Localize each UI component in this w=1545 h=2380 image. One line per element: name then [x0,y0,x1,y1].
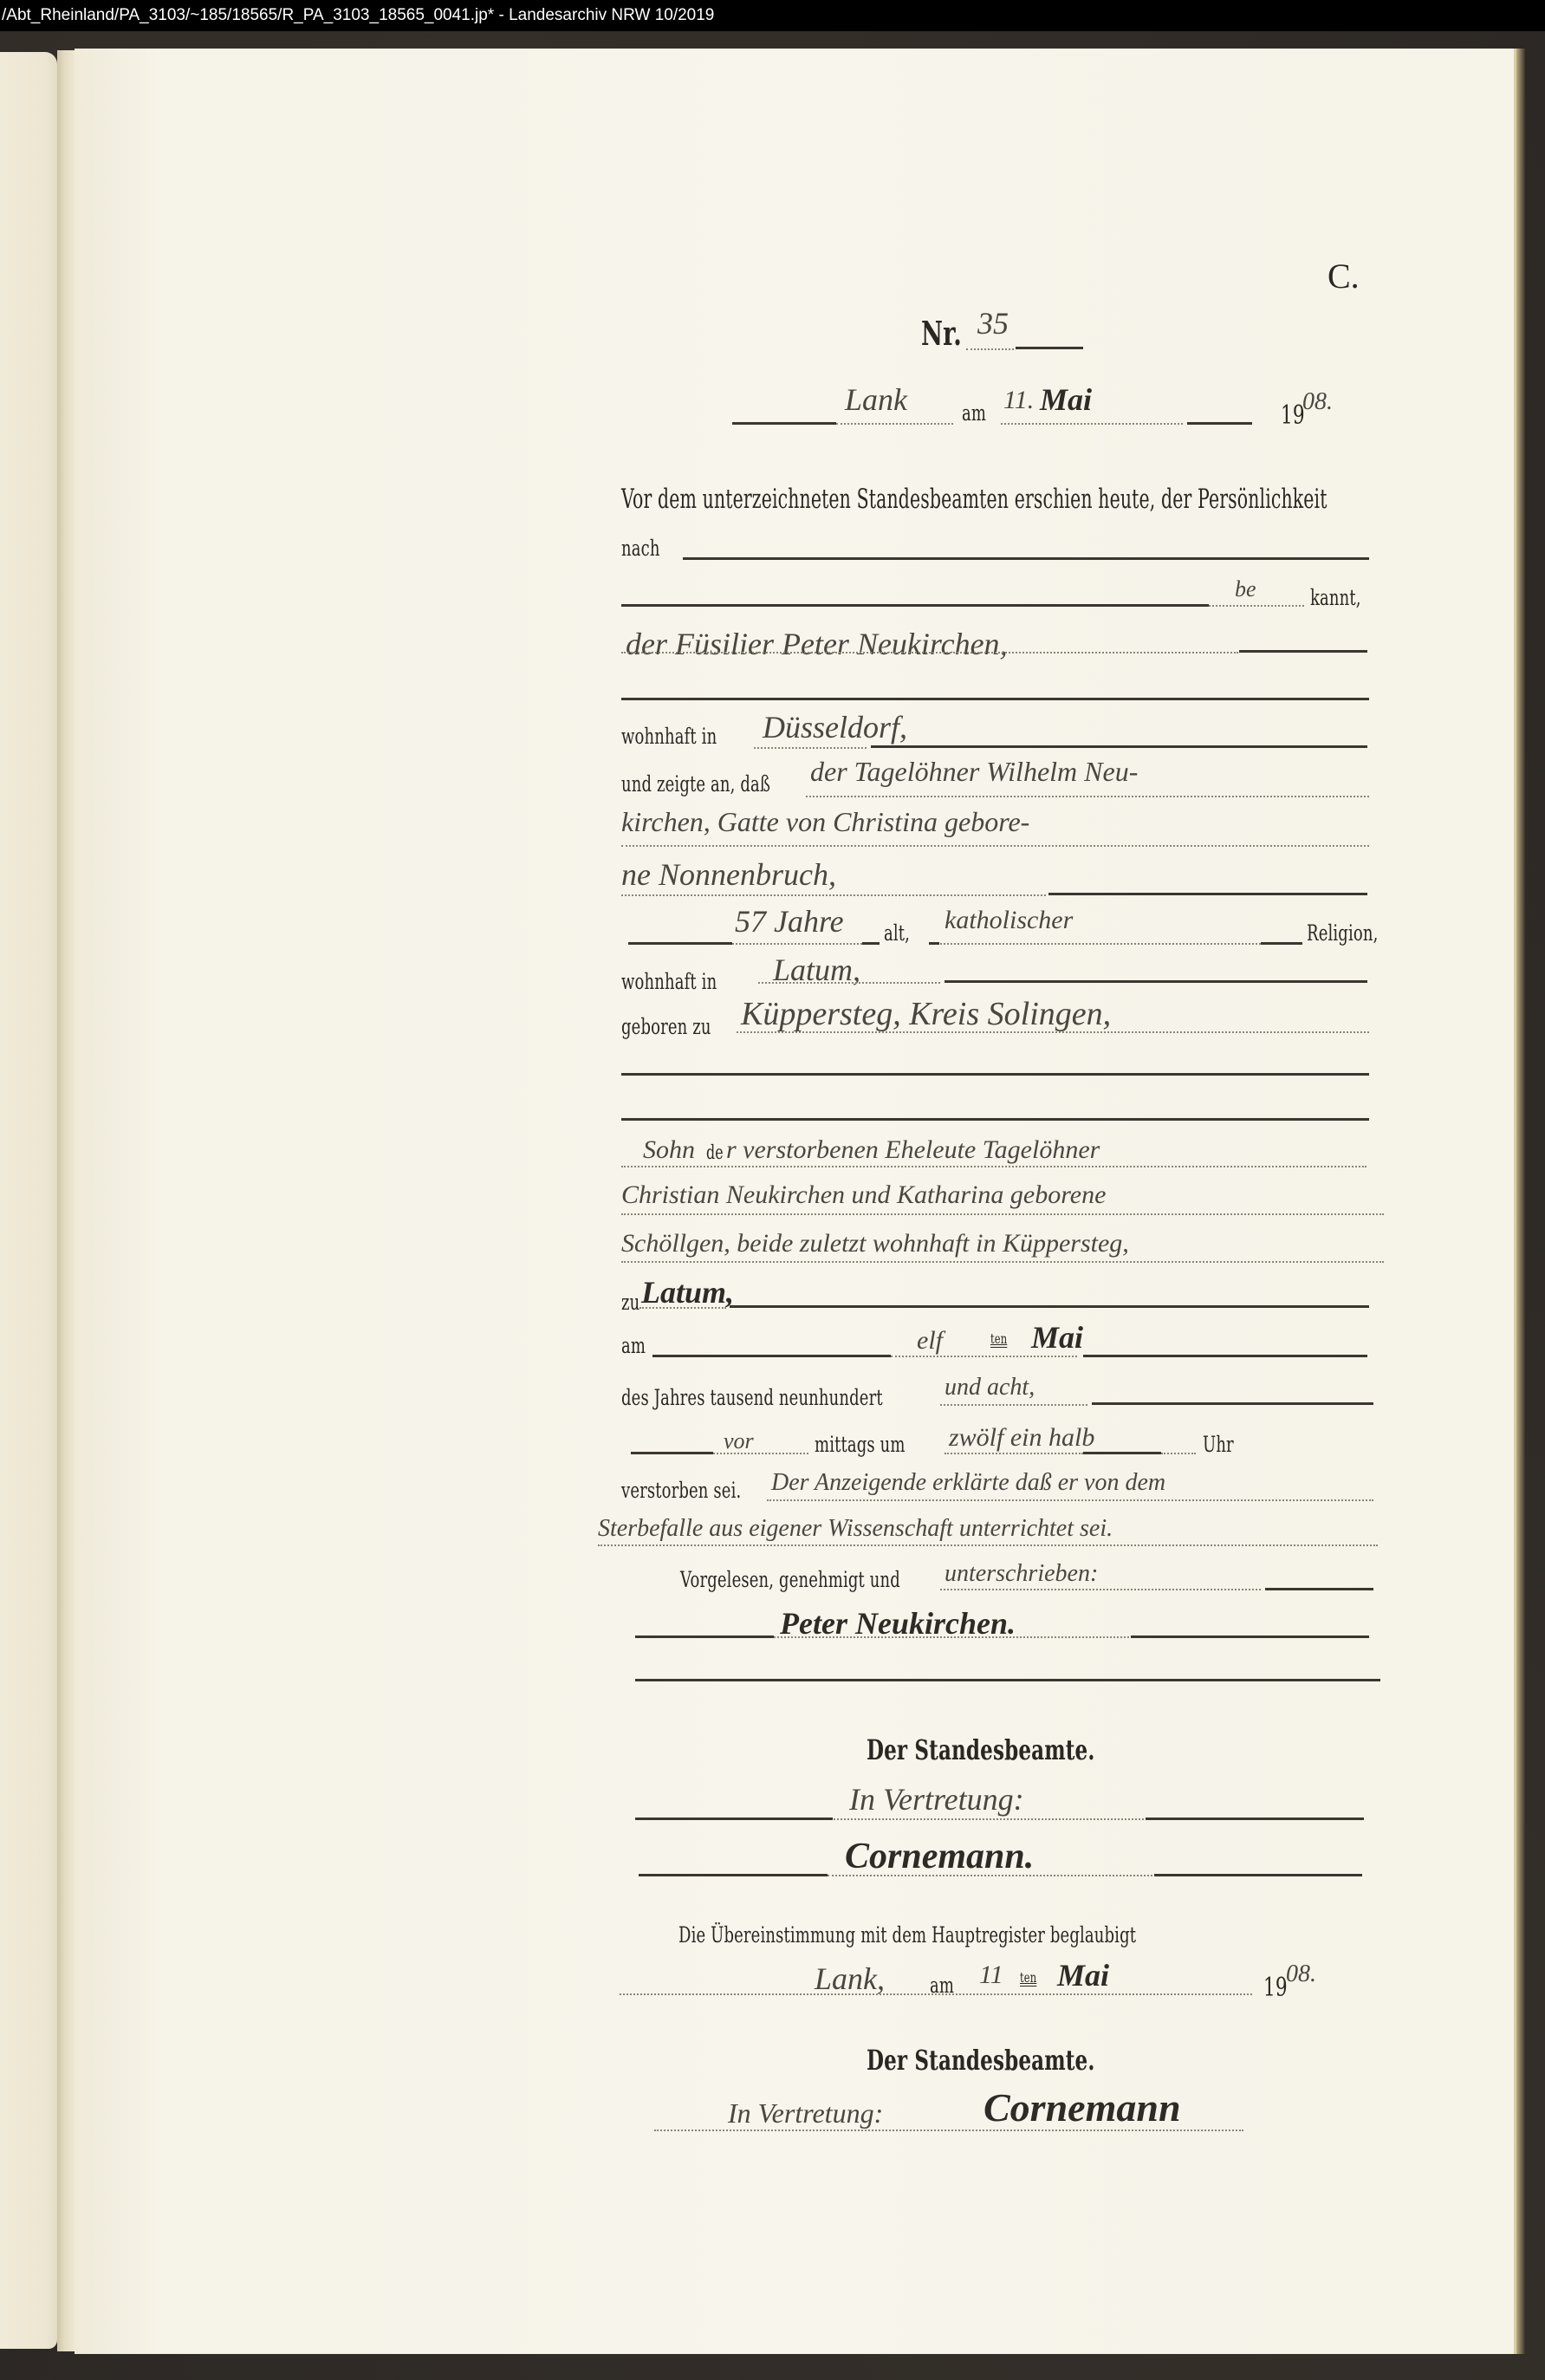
mittags-label: mittags um [815,1432,906,1457]
dotted-line [1001,423,1183,425]
rule-line [1265,1588,1373,1590]
dotted-line [654,2130,1243,2131]
deceased-line-2: kirchen, Gatte von Christina gebore- [621,806,1029,838]
dotted-line [754,747,867,749]
dotted-line [828,1875,1152,1876]
dotted-line [732,943,862,945]
dotted-line [836,423,953,425]
cert-year-suffix: 08. [1286,1961,1316,1988]
header-place: Lank [845,381,907,418]
dotted-line [940,1404,1087,1406]
informant-name: der Füsilier Peter Neukirchen, [626,626,1008,662]
standesbeamte-heading-2: Der Standesbeamte. [867,2044,1094,2077]
dotted-line [621,1166,1366,1167]
dotted-line [713,1453,808,1454]
deceased-religion: katholischer [945,906,1073,935]
parents-line-1: r verstorbenen Eheleute Tagelöhner [726,1135,1100,1165]
death-register-form: C. Nr. 35 Lank am 11. Mai 19 08. Vor dem… [0,0,1545,2380]
dotted-line [758,982,940,984]
header-am-label: am [962,400,986,426]
death-time: zwölf ein halb [949,1423,1094,1453]
dotted-line [621,652,1238,654]
deceased-line-3: ne Nonnenbruch, [621,856,836,893]
informant-residence: Düsseldorf, [763,709,907,745]
cert-year-prefix: 19 [1263,1973,1288,2003]
rule-line [635,1679,1380,1681]
cert-ten-label: ten [1020,1969,1036,1986]
note-line-2: Sterbefalle aus eigener Wissenschaft unt… [598,1515,1113,1543]
dotted-line [620,1993,1252,1995]
note-line-1: Der Anzeigende erklärte daß er von dem [771,1469,1165,1497]
dotted-line [940,1589,1261,1590]
rule-line [639,1874,828,1876]
zeigte-an-label: und zeigte an, daß [621,771,770,797]
dotted-line [891,1356,1077,1357]
parents-line-2: Christian Neukirchen und Katharina gebor… [621,1180,1106,1210]
zu-label: zu [621,1290,639,1315]
death-day: elf [917,1326,943,1356]
dotted-line [621,894,1046,896]
cert-day: 11 [979,1961,1003,1990]
dotted-line [621,1261,1384,1263]
rule-line [1146,1818,1364,1820]
ten-label: ten [990,1330,1007,1347]
rule-line [1016,347,1083,349]
standesbeamte-heading: Der Standesbeamte. [867,1733,1094,1766]
alt-label: alt, [884,920,910,946]
dotted-line [737,1031,1369,1033]
dotted-line [621,845,1369,847]
rule-line [621,698,1369,700]
record-number-value: 35 [977,305,1009,341]
rule-line [732,422,836,425]
rule-line [635,1635,774,1638]
in-vertretung-2: In Vertretung: [728,2097,883,2130]
rule-line [683,557,1369,560]
rule-line [945,980,1367,983]
rule-line [1083,1355,1367,1357]
dotted-line [1209,605,1304,607]
rule-line [871,745,1367,748]
dotted-line [834,1818,1144,1820]
dotted-line [598,1544,1378,1546]
bekannt-label: kannt, [1310,585,1361,610]
rule-line [621,1118,1369,1121]
in-vertretung-1: In Vertretung: [849,1781,1024,1818]
death-month: Mai [1031,1319,1083,1356]
rule-line [1048,893,1367,895]
rule-line [730,1305,1369,1308]
rule-line [1187,422,1252,425]
rule-line [1261,942,1302,945]
rule-line [628,942,732,945]
vor-value: vor [724,1428,754,1454]
nach-label: nach [621,536,660,561]
religion-label: Religion, [1307,920,1378,946]
wohnhaft-label: wohnhaft in [621,724,717,749]
rule-line [1154,1874,1362,1876]
dotted-line [774,1636,1129,1638]
form-letter: C. [1328,256,1360,296]
rule-line [1092,1402,1373,1405]
rule-line [635,1818,833,1820]
rule-line [621,604,1209,607]
verstorben-label: verstorben sei. [621,1478,741,1503]
rule-line [631,1452,713,1454]
certification-text: Die Übereinstimmung mit dem Hauptregiste… [678,1922,1136,1948]
rule-line [1083,1452,1161,1454]
uhr-label: Uhr [1203,1432,1234,1457]
official-signature-1: Cornemann. [845,1836,1034,1877]
header-year-prefix: 19 [1281,400,1305,431]
cert-month: Mai [1057,1957,1109,1993]
death-year-words: und acht, [945,1374,1035,1401]
cert-place: Lank, [815,1961,885,1997]
jahres-label: des Jahres tausend neunhundert [621,1385,883,1410]
death-place: Latum, [641,1274,734,1310]
rule-line [1239,650,1367,653]
dotted-line [806,796,1369,797]
parents-line-3: Schöllgen, beide zuletzt wohnhaft in Küp… [621,1229,1129,1258]
bekannt-fill: be [1235,576,1256,602]
vorgelesen-label: Vorgelesen, genehmigt und [680,1567,900,1592]
official-signature-2: Cornemann [983,2084,1181,2130]
deceased-line-1: der Tagelöhner Wilhelm Neu- [810,756,1138,788]
vorgelesen-value: unterschrieben: [945,1560,1098,1588]
geboren-label: geboren zu [621,1014,711,1039]
parents-prefix: Sohn [643,1135,695,1165]
intro-text: Vor dem unterzeichneten Standesbeamten e… [621,484,1328,515]
rule-line [621,1073,1369,1076]
header-day: 11. [1003,386,1034,415]
rule-line [652,1355,891,1357]
dotted-line [621,1213,1384,1215]
header-month: Mai [1040,381,1092,418]
header-year-suffix: 08. [1302,388,1333,416]
deceased-age: 57 Jahre [735,903,844,940]
dotted-line [940,943,1261,945]
am-label: am [621,1333,646,1358]
dotted-line [767,1499,1373,1501]
rule-line [929,942,939,945]
dotted-line [945,1453,1083,1454]
wohnhaft-label-deceased: wohnhaft in [621,969,717,994]
record-number-label: Nr. [921,314,962,353]
rule-line [1131,1635,1369,1638]
dotted-line [639,1307,726,1309]
parents-de-label: de [706,1142,724,1164]
deceased-birthplace: Küppersteg, Kreis Solingen, [741,995,1111,1033]
dotted-line [966,348,1014,350]
dotted-line [1161,1453,1196,1454]
rule-line [862,942,880,945]
